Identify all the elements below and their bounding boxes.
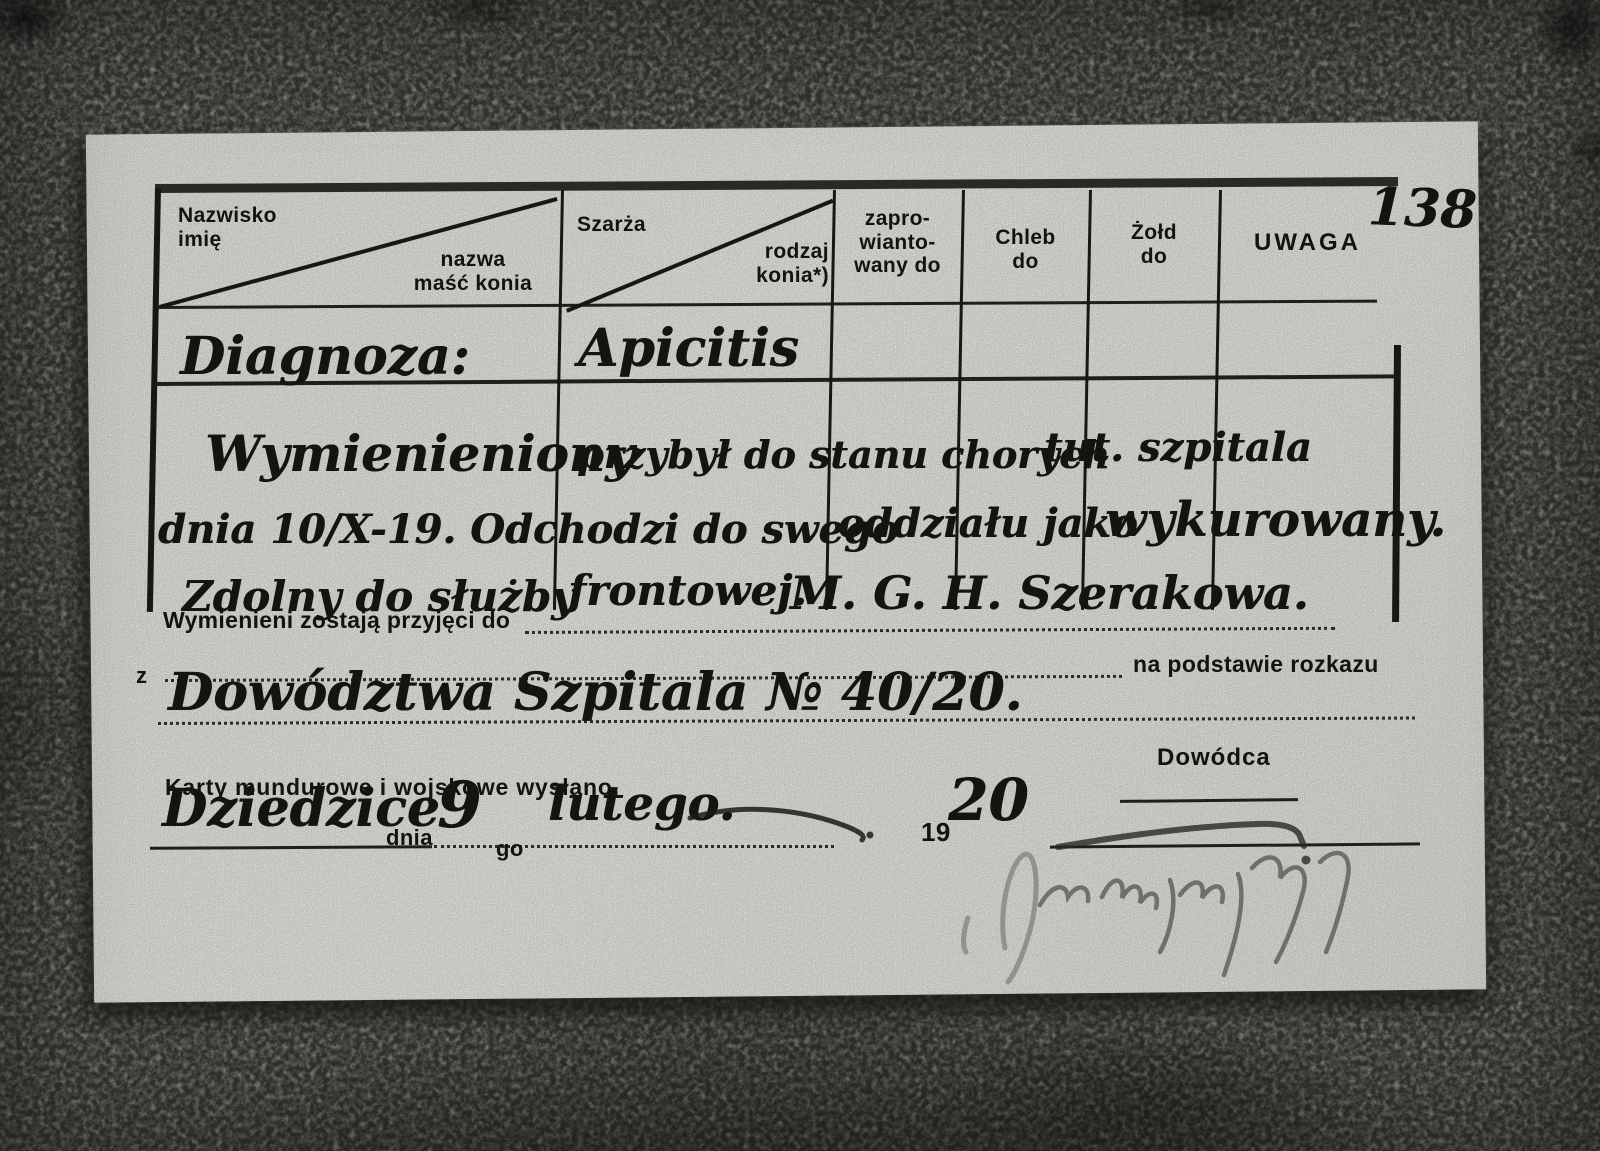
day-suffix-label: go — [496, 837, 524, 862]
diagnosis-value: Apicitis — [578, 318, 799, 379]
header-horse-type: rodzaj konia*) — [723, 240, 829, 287]
day-value: 9 — [437, 768, 482, 843]
unit-assigned-value: M. G. H. Szerakowa. — [790, 566, 1309, 620]
header-horse: nazwa maść konia — [388, 248, 558, 295]
z-prefix-label: z — [136, 664, 147, 689]
entry-line2-left: dnia 10/X-19. Odchodzi do swego — [158, 506, 898, 553]
entry-line3-left: Zdolny do służby — [182, 572, 576, 621]
year-prefix-label: 19 — [921, 818, 951, 847]
entry-line1-right: tut. szpitala — [1044, 424, 1312, 471]
order-basis-label: na podstawie rozkazu — [1133, 652, 1379, 678]
year-suffix-value: 20 — [948, 766, 1029, 834]
month-value: lutego. — [548, 776, 735, 832]
commander-label: Dowódca — [1157, 745, 1271, 772]
place-value: Dziedzice — [162, 778, 440, 839]
diagnosis-label: Diagnoza: — [180, 326, 470, 387]
header-bread: Chleb do — [962, 226, 1089, 273]
entry-line1-mid: przybył do stanu chorych — [577, 432, 1110, 477]
entry-line3-mid: frontowej. — [568, 566, 807, 615]
date-dotted-line — [434, 845, 834, 848]
entry-line2-mid: oddziału jako — [838, 500, 1138, 547]
page-number: 138 — [1367, 176, 1478, 241]
entry-line1-left: Wymienieniony — [205, 424, 634, 483]
order-source-value: Dowództwa Szpitala № 40/20. — [168, 662, 1023, 723]
header-rank: Szarża — [577, 213, 646, 237]
header-name: Nazwisko imię — [178, 204, 277, 251]
entry-line2-right: wykurowany. — [1105, 492, 1446, 548]
header-pay: Żołd do — [1089, 221, 1219, 268]
header-provisioned: zapro- wianto- wany do — [833, 207, 962, 278]
